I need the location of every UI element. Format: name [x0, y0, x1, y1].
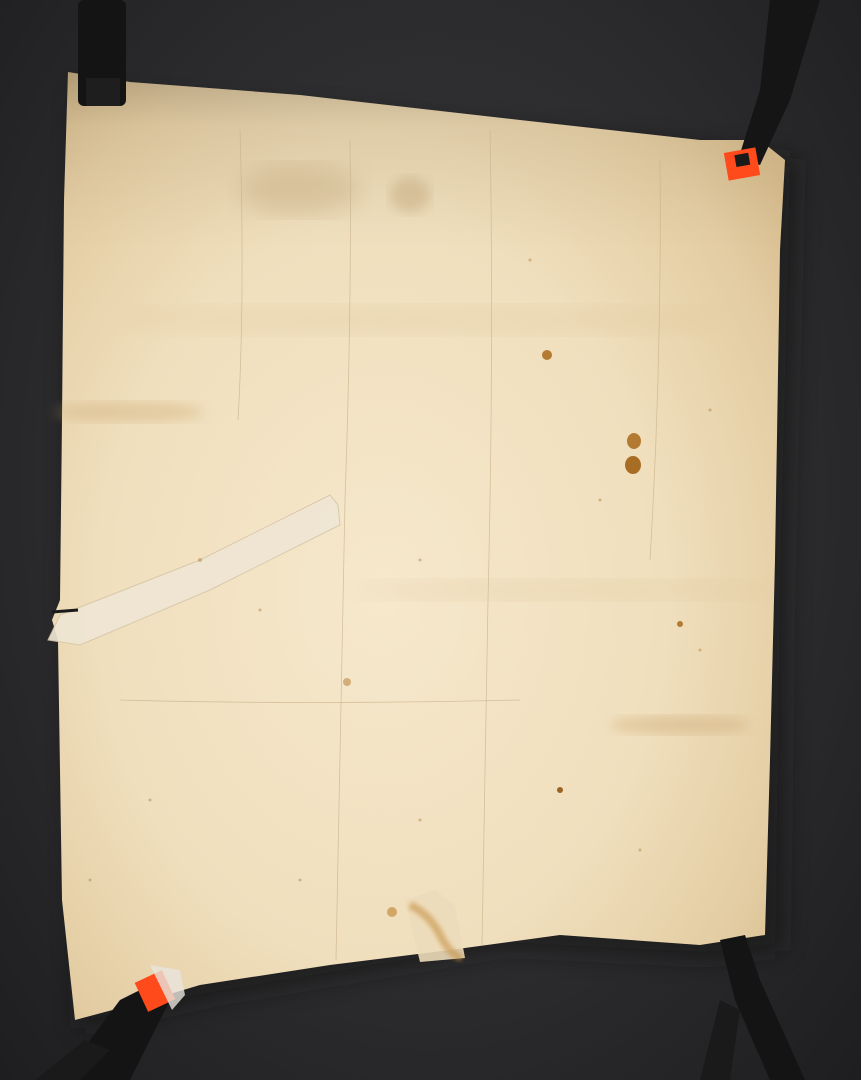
clamp-top-left — [78, 0, 126, 106]
photo-scene — [0, 0, 861, 1080]
drip-stain — [627, 433, 641, 449]
paper-sheet — [0, 0, 861, 1080]
